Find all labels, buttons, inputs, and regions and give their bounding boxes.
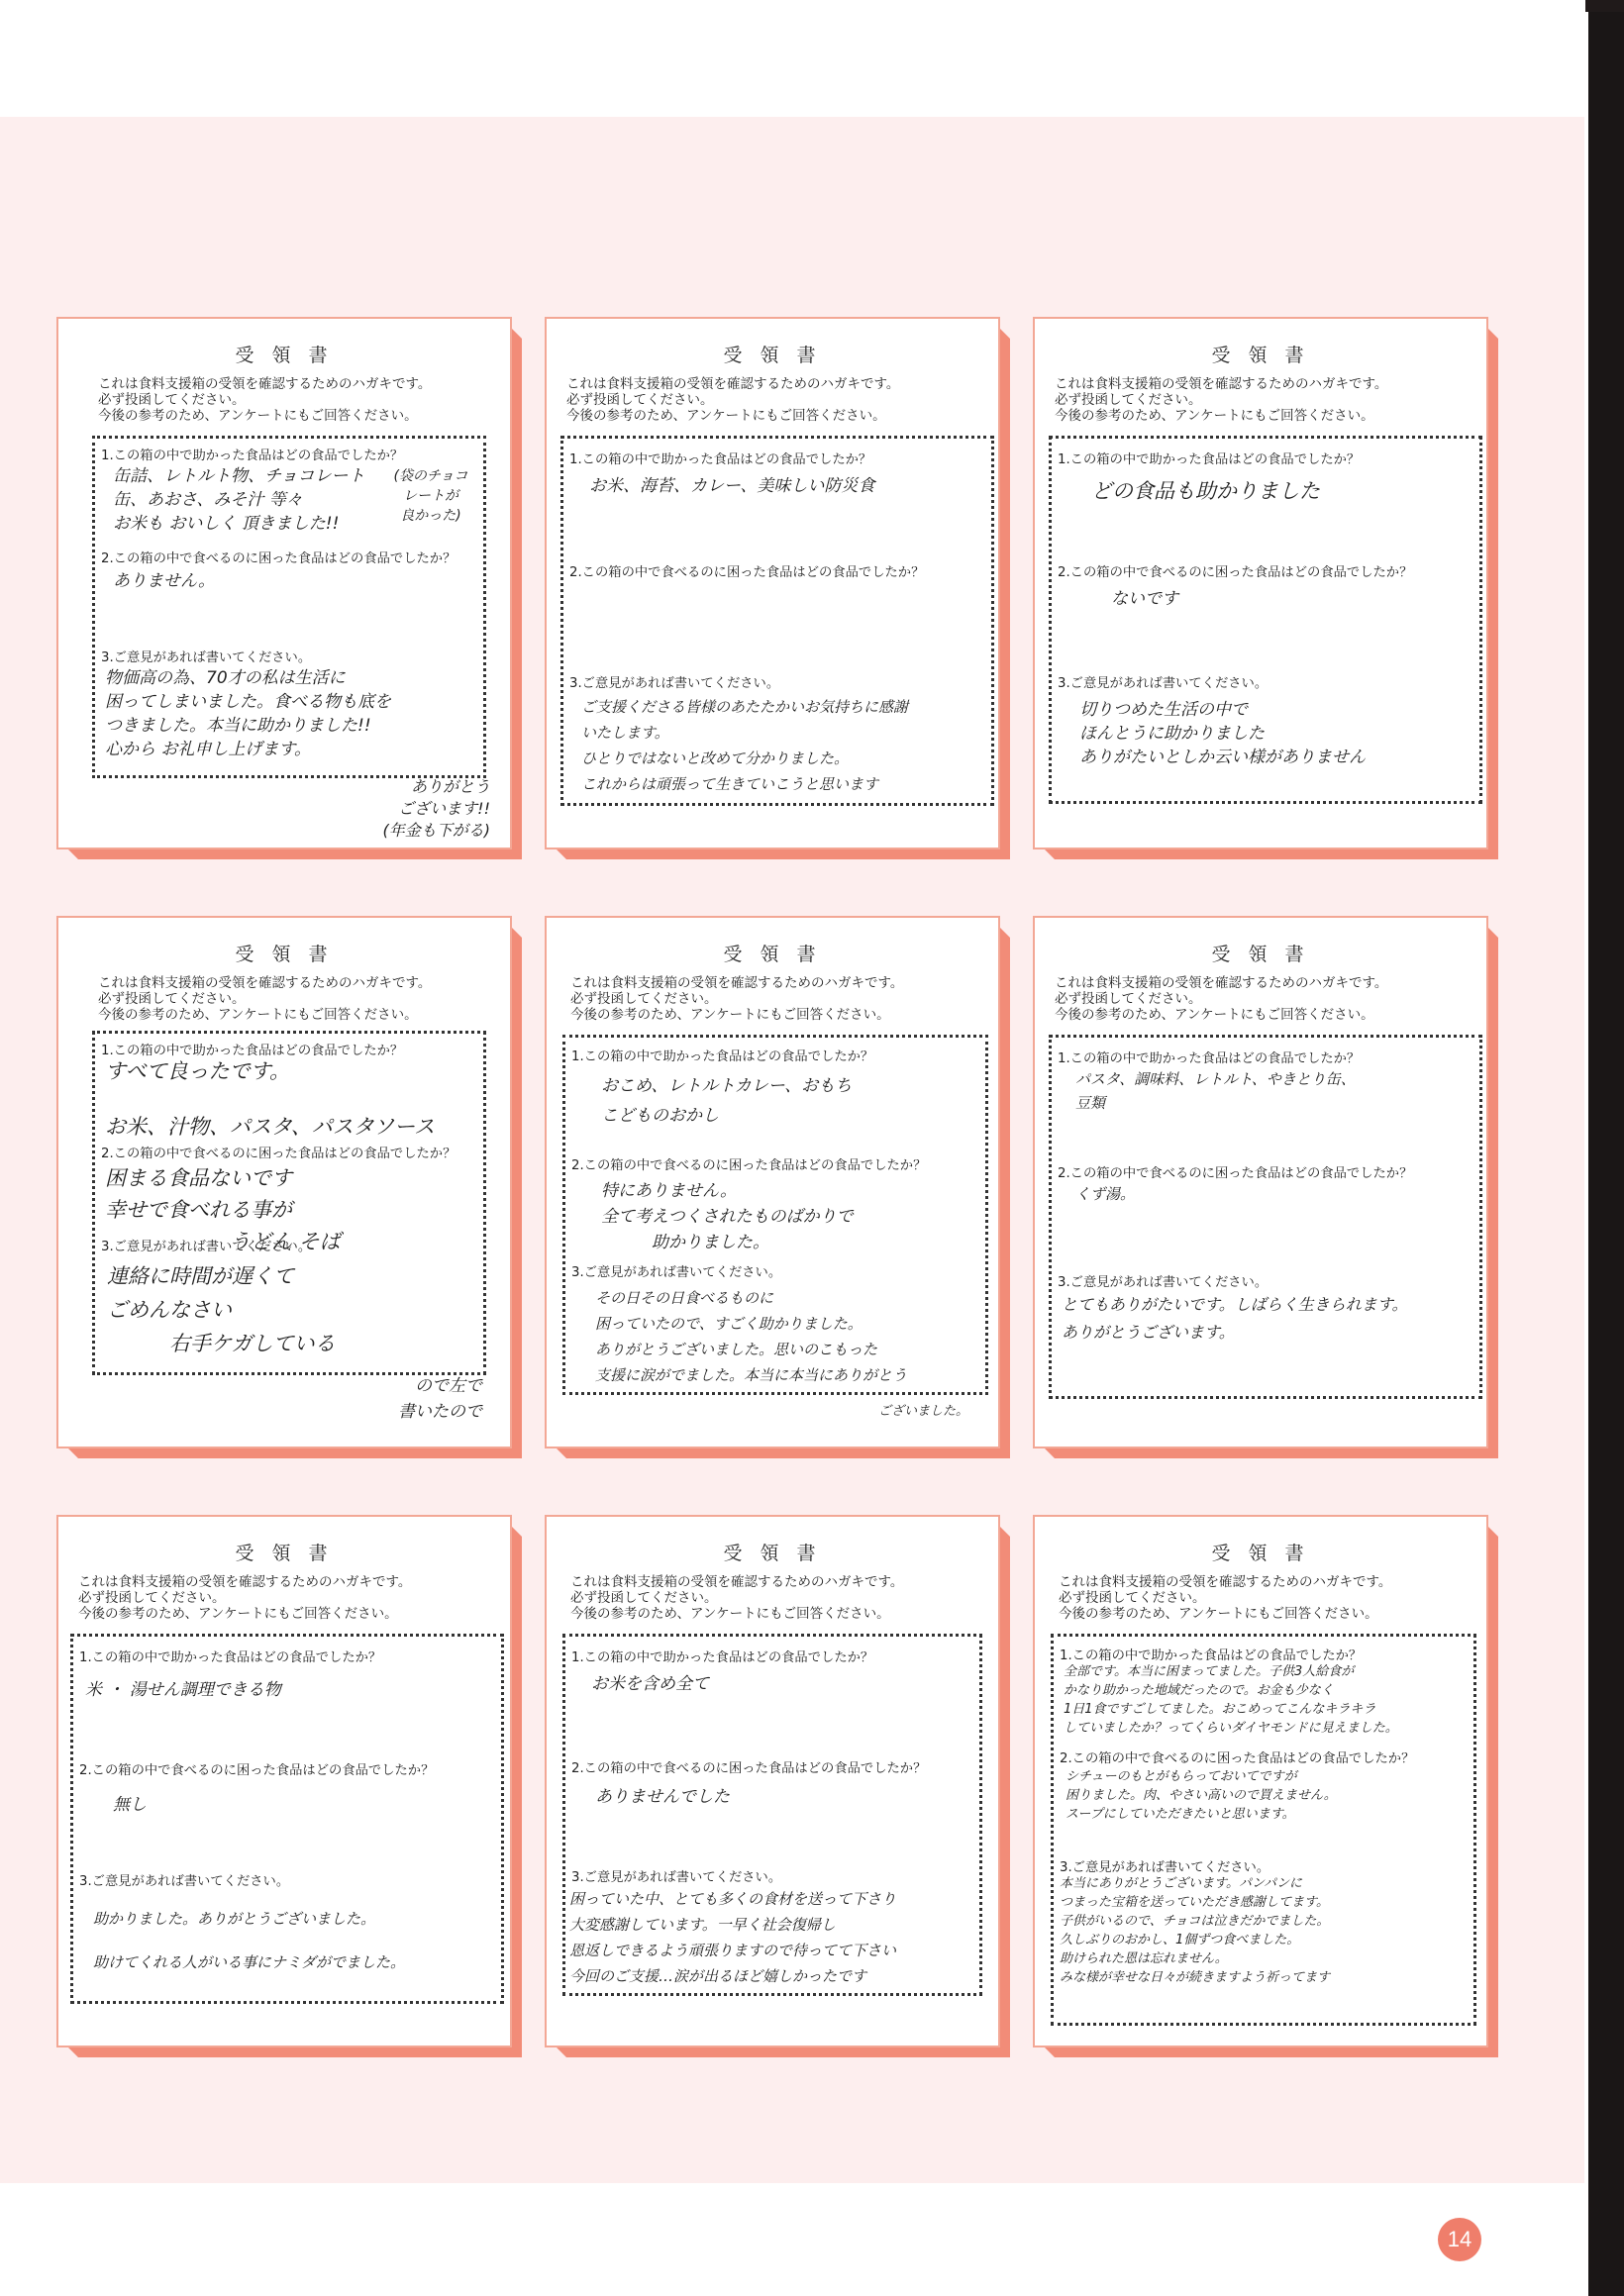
card-title: 受 領 書 <box>1035 341 1486 367</box>
intro-line: これは食料支援箱の受領を確認するためのハガキです。 <box>566 376 978 392</box>
card-face: 受 領 書 これは食料支援箱の受領を確認するためのハガキです。 必ず投函してくだ… <box>545 1515 1000 2047</box>
card-face: 受 領 書 これは食料支援箱の受領を確認するためのハガキです。 必ず投函してくだ… <box>56 916 512 1448</box>
card-title: 受 領 書 <box>547 341 998 367</box>
question-3: 3.ご意見があれば書いてください。 <box>569 672 779 691</box>
question-3: 3.ご意見があれば書いてください。 <box>571 1866 781 1885</box>
answer-2: ないです <box>1111 587 1472 611</box>
survey-box: 1.この箱の中で助かった食品はどの食品でしたか？ すべて良ったです。 お米、汁物… <box>92 1031 486 1375</box>
intro-line: 必ず投函してください。 <box>78 1590 490 1606</box>
receipt-card: 受 領 書 これは食料支援箱の受領を確認するためのハガキです。 必ず投函してくだ… <box>1033 916 1488 1448</box>
intro-line: 必ず投函してください。 <box>98 392 490 408</box>
survey-box: 1.この箱の中で助かった食品はどの食品でしたか？ 米 ・ 湯せん調理できる物 2… <box>70 1634 504 2004</box>
margin-note: ありがとう ございます!! (年金も下がる) <box>383 776 491 842</box>
question-2: 2.この箱の中で食べるのに困った食品はどの食品でしたか？ <box>569 561 924 580</box>
answer-3: 切りつめた生活の中で ほんとうに助かりました ありがたいとしか云い様がありません <box>1079 698 1472 769</box>
answer-1: お米を含め全て <box>591 1672 971 1696</box>
question-2: 2.この箱の中で食べるのに困った食品はどの食品でしたか？ <box>101 548 456 566</box>
card-face: 受 領 書 これは食料支援箱の受領を確認するためのハガキです。 必ず投函してくだ… <box>545 916 1000 1448</box>
card-face: 受 領 書 これは食料支援箱の受領を確認するためのハガキです。 必ず投函してくだ… <box>1033 317 1488 849</box>
answer-2: くず湯。 <box>1075 1184 1472 1204</box>
question-1: 1.この箱の中で助かった食品はどの食品でしたか？ <box>571 1647 873 1665</box>
question-2: 2.この箱の中で食べるのに困った食品はどの食品でしたか？ <box>1060 1747 1414 1766</box>
margin-note: ございました。 <box>878 1401 968 1423</box>
survey-box: 1.この箱の中で助かった食品はどの食品でしたか？ 全部です。本当に困まってました… <box>1051 1634 1476 2026</box>
intro-line: 必ず投函してください。 <box>98 991 490 1007</box>
intro-line: これは食料支援箱の受領を確認するためのハガキです。 <box>1055 376 1467 392</box>
answer-1: 缶詰、レトルト物、チョコレート 缶、あおさ、みそ汁 等々 お米も おいしく 頂き… <box>113 464 394 536</box>
question-2: 2.この箱の中で食べるのに困った食品はどの食品でしたか？ <box>79 1759 434 1778</box>
receipt-card: 受 領 書 これは食料支援箱の受領を確認するためのハガキです。 必ず投函してくだ… <box>545 916 1000 1448</box>
card-intro: これは食料支援箱の受領を確認するためのハガキです。 必ず投函してください。 今後… <box>1059 1574 1467 1622</box>
intro-line: 今後の参考のため、アンケートにもご回答ください。 <box>98 1007 490 1023</box>
card-intro: これは食料支援箱の受領を確認するためのハガキです。 必ず投函してください。 今後… <box>1055 376 1467 424</box>
answer-2: ありませんでした <box>595 1785 971 1809</box>
receipt-card: 受 領 書 これは食料支援箱の受領を確認するためのハガキです。 必ず投函してくだ… <box>1033 1515 1488 2047</box>
intro-line: これは食料支援箱の受領を確認するためのハガキです。 <box>98 376 490 392</box>
card-title: 受 領 書 <box>547 940 998 966</box>
intro-line: 今後の参考のため、アンケートにもご回答ください。 <box>1055 1007 1467 1023</box>
survey-box: 1.この箱の中で助かった食品はどの食品でしたか？ どの食品も助かりました 2.こ… <box>1049 436 1482 804</box>
question-1: 1.この箱の中で助かった食品はどの食品でしたか？ <box>1058 449 1360 467</box>
card-intro: これは食料支援箱の受領を確認するためのハガキです。 必ず投函してください。 今後… <box>566 376 978 424</box>
question-3: 3.ご意見があれば書いてください。 <box>571 1261 781 1280</box>
question-1: 1.この箱の中で助かった食品はどの食品でしたか？ <box>571 1046 873 1064</box>
answer-3: 連絡に時間が遅くて ごめんなさい 右手ケガしている <box>107 1259 475 1360</box>
intro-line: これは食料支援箱の受領を確認するためのハガキです。 <box>98 975 490 991</box>
question-1: 1.この箱の中で助かった食品はどの食品でしたか？ <box>79 1647 381 1665</box>
card-intro: これは食料支援箱の受領を確認するためのハガキです。 必ず投函してください。 今後… <box>98 975 490 1023</box>
intro-line: これは食料支援箱の受領を確認するためのハガキです。 <box>1055 975 1467 991</box>
receipt-card: 受 領 書 これは食料支援箱の受領を確認するためのハガキです。 必ず投函してくだ… <box>545 1515 1000 2047</box>
card-face: 受 領 書 これは食料支援箱の受領を確認するためのハガキです。 必ず投函してくだ… <box>56 317 512 849</box>
margin-note: ので左で 書いたので <box>398 1373 482 1425</box>
card-face: 受 領 書 これは食料支援箱の受領を確認するためのハガキです。 必ず投函してくだ… <box>545 317 1000 849</box>
scan-edge-top <box>1585 0 1624 12</box>
question-3: 3.ご意見があれば書いてください。 <box>101 1236 311 1254</box>
card-face: 受 領 書 これは食料支援箱の受領を確認するためのハガキです。 必ず投函してくだ… <box>1033 916 1488 1448</box>
answer-2: シチューのもとがもらっておいてですが 困りました。肉、やさい高いので買えません。… <box>1066 1767 1466 1824</box>
intro-line: 今後の参考のため、アンケートにもご回答ください。 <box>78 1606 490 1622</box>
answer-1: パスタ、調味料、レトルト、やきとり缶、 豆類 <box>1075 1067 1472 1115</box>
receipt-card: 受 領 書 これは食料支援箱の受領を確認するためのハガキです。 必ず投函してくだ… <box>56 1515 512 2047</box>
intro-line: 今後の参考のため、アンケートにもご回答ください。 <box>570 1606 978 1622</box>
card-intro: これは食料支援箱の受領を確認するためのハガキです。 必ず投函してください。 今後… <box>98 376 490 424</box>
receipt-card: 受 領 書 これは食料支援箱の受領を確認するためのハガキです。 必ず投函してくだ… <box>56 317 512 849</box>
survey-box: 1.この箱の中で助かった食品はどの食品でしたか？ パスタ、調味料、レトルト、やき… <box>1049 1035 1482 1399</box>
intro-line: 必ず投函してください。 <box>566 392 978 408</box>
question-3: 3.ご意見があれば書いてください。 <box>1058 672 1268 691</box>
question-3: 3.ご意見があれば書いてください。 <box>1060 1856 1269 1875</box>
intro-line: これは食料支援箱の受領を確認するためのハガキです。 <box>78 1574 490 1590</box>
answer-1: すべて良ったです。 お米、汁物、パスタ、パスタソース <box>105 1057 475 1141</box>
card-intro: これは食料支援箱の受領を確認するためのハガキです。 必ず投函してください。 今後… <box>570 1574 978 1622</box>
answer-3: とてもありがたいです。しばらく生きられます。 ありがとうございます。 <box>1062 1291 1472 1347</box>
card-intro: これは食料支援箱の受領を確認するためのハガキです。 必ず投函してください。 今後… <box>570 975 978 1023</box>
question-3: 3.ご意見があれば書いてください。 <box>101 647 311 665</box>
card-intro: これは食料支援箱の受領を確認するためのハガキです。 必ず投函してください。 今後… <box>78 1574 490 1622</box>
question-1: 1.この箱の中で助かった食品はどの食品でしたか？ <box>101 1040 403 1058</box>
intro-line: 必ず投函してください。 <box>1055 991 1467 1007</box>
intro-line: 必ず投函してください。 <box>570 1590 978 1606</box>
question-3: 3.ご意見があれば書いてください。 <box>1058 1271 1268 1290</box>
intro-line: これは食料支援箱の受領を確認するためのハガキです。 <box>1059 1574 1467 1590</box>
card-title: 受 領 書 <box>58 940 510 966</box>
answer-1: おこめ、レトルトカレー、おもち こどものおかし <box>601 1071 977 1131</box>
survey-box: 1.この箱の中で助かった食品はどの食品でしたか？ お米を含め全て 2.この箱の中… <box>562 1634 982 1996</box>
question-2: 2.この箱の中で食べるのに困った食品はどの食品でしたか？ <box>571 1757 926 1776</box>
question-1: 1.この箱の中で助かった食品はどの食品でしたか？ <box>1058 1048 1360 1066</box>
answer-1: お米、海苔、カレー、美味しい防災食 <box>589 474 983 498</box>
page-number-badge: 14 <box>1438 2218 1481 2261</box>
question-2: 2.この箱の中で食べるのに困った食品はどの食品でしたか？ <box>571 1154 926 1173</box>
answer-2: 無し <box>113 1793 493 1817</box>
intro-line: 今後の参考のため、アンケートにもご回答ください。 <box>98 408 490 424</box>
intro-line: 今後の参考のため、アンケートにもご回答ください。 <box>570 1007 978 1023</box>
card-title: 受 領 書 <box>547 1539 998 1565</box>
question-2: 2.この箱の中で食べるのに困った食品はどの食品でしたか？ <box>1058 561 1412 580</box>
intro-line: 今後の参考のため、アンケートにもご回答ください。 <box>566 408 978 424</box>
answer-1-side-note: (袋のチョコ レートが 良かった) <box>382 466 479 526</box>
answer-3: その日その日食べるものに 困っていたので、すごく助かりました。 ありがとうござい… <box>595 1285 977 1388</box>
question-1: 1.この箱の中で助かった食品はどの食品でしたか？ <box>569 449 871 467</box>
question-1: 1.この箱の中で助かった食品はどの食品でしたか？ <box>1060 1645 1362 1663</box>
scan-edge <box>1588 0 1624 2296</box>
survey-box: 1.この箱の中で助かった食品はどの食品でしたか？ おこめ、レトルトカレー、おもち… <box>562 1035 988 1395</box>
question-3: 3.ご意見があれば書いてください。 <box>79 1870 289 1889</box>
card-title: 受 領 書 <box>1035 940 1486 966</box>
answer-3: ご支援くださる皆様のあたたかいお気持ちに感謝 いたします。 ひとりではないと改め… <box>581 694 983 797</box>
answer-3: 助かりました。ありがとうございました。 助けてくれる人がいる事にナミダがでました… <box>93 1908 493 1973</box>
card-intro: これは食料支援箱の受領を確認するためのハガキです。 必ず投函してください。 今後… <box>1055 975 1467 1023</box>
card-face: 受 領 書 これは食料支援箱の受領を確認するためのハガキです。 必ず投函してくだ… <box>1033 1515 1488 2047</box>
receipt-card: 受 領 書 これは食料支援箱の受領を確認するためのハガキです。 必ず投函してくだ… <box>56 916 512 1448</box>
answer-2: 特にありません。 全て考えつくされたものばかりで 助かりました。 <box>601 1178 977 1255</box>
intro-line: 必ず投函してください。 <box>570 991 978 1007</box>
answer-3: 困っていた中、とても多くの食材を送って下さり 大変感謝しています。一早く社会復帰… <box>569 1886 971 1989</box>
card-title: 受 領 書 <box>58 341 510 367</box>
survey-box: 1.この箱の中で助かった食品はどの食品でしたか？ お米、海苔、カレー、美味しい防… <box>560 436 994 806</box>
card-face: 受 領 書 これは食料支援箱の受領を確認するためのハガキです。 必ず投函してくだ… <box>56 1515 512 2047</box>
question-1: 1.この箱の中で助かった食品はどの食品でしたか？ <box>101 445 403 463</box>
intro-line: これは食料支援箱の受領を確認するためのハガキです。 <box>570 975 978 991</box>
intro-line: 今後の参考のため、アンケートにもご回答ください。 <box>1055 408 1467 424</box>
intro-line: 必ず投函してください。 <box>1055 392 1467 408</box>
question-2: 2.この箱の中で食べるのに困った食品はどの食品でしたか？ <box>1058 1162 1412 1181</box>
card-title: 受 領 書 <box>1035 1539 1486 1565</box>
answer-3: 物価高の為、70才の私は生活に 困ってしまいました。食べる物も底を つきました。… <box>105 666 475 761</box>
answer-2: ありません。 <box>113 569 475 593</box>
receipt-card: 受 領 書 これは食料支援箱の受領を確認するためのハガキです。 必ず投函してくだ… <box>545 317 1000 849</box>
answer-1: どの食品も助かりました <box>1091 476 1472 506</box>
survey-box: 1.この箱の中で助かった食品はどの食品でしたか？ 缶詰、レトルト物、チョコレート… <box>92 436 486 778</box>
answer-1: 全部です。本当に困まってました。子供3人給食が かなり助かった地域だったので。お… <box>1064 1662 1466 1738</box>
card-title: 受 領 書 <box>58 1539 510 1565</box>
answer-1: 米 ・ 湯せん調理できる物 <box>85 1678 493 1702</box>
intro-line: 必ず投函してください。 <box>1059 1590 1467 1606</box>
receipt-card: 受 領 書 これは食料支援箱の受領を確認するためのハガキです。 必ず投函してくだ… <box>1033 317 1488 849</box>
intro-line: これは食料支援箱の受領を確認するためのハガキです。 <box>570 1574 978 1590</box>
answer-3: 本当にありがとうございます。パンパンに つまった宝箱を送っていただき感謝してます… <box>1060 1874 1466 1987</box>
question-2: 2.この箱の中で食べるのに困った食品はどの食品でしたか？ <box>101 1143 456 1161</box>
intro-line: 今後の参考のため、アンケートにもご回答ください。 <box>1059 1606 1467 1622</box>
